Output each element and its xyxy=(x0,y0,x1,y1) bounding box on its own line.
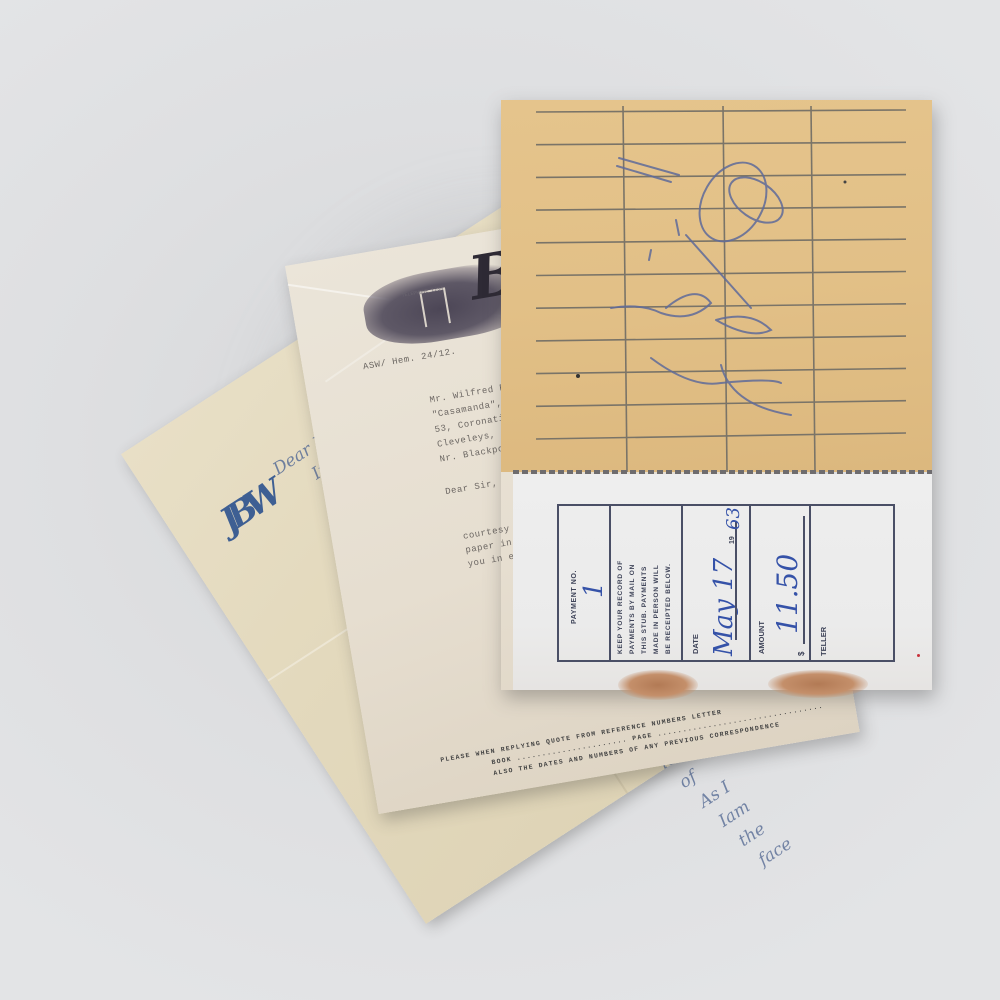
salutation: Dear Sir, xyxy=(445,478,499,497)
instruction-line: THIS STUB. PAYMENTS xyxy=(641,566,648,654)
receipt-form: PAYMENT NO. 1 KEEP YOUR RECORD OFPAYMENT… xyxy=(557,504,895,662)
monogram-icon: JBW xyxy=(213,476,284,542)
stain xyxy=(618,670,698,700)
ledger-signature xyxy=(501,100,932,472)
instruction-line: MADE IN PERSON WILL xyxy=(653,564,660,654)
teller-cell: TELLER xyxy=(811,506,893,660)
date-year-prefix: 19 xyxy=(729,536,736,544)
ink-dot xyxy=(917,654,920,657)
currency-symbol: $ xyxy=(797,652,806,656)
instructions-cell: KEEP YOUR RECORD OFPAYMENTS BY MAIL ONTH… xyxy=(611,506,683,660)
payment-no-label: PAYMENT NO. xyxy=(571,570,578,624)
amount-label: AMOUNT xyxy=(757,621,766,654)
reference-line: ASW/ Hem. 24/12. xyxy=(362,346,457,372)
payment-stub: PAYMENT NO. 1 KEEP YOUR RECORD OFPAYMENT… xyxy=(501,100,932,690)
ledger-card xyxy=(501,100,932,472)
amount-value: 11.50 xyxy=(771,554,804,634)
amount-cell: AMOUNT $ 11.50 xyxy=(751,506,811,660)
date-label: DATE xyxy=(691,634,700,654)
instruction-line: KEEP YOUR RECORD OF xyxy=(617,560,624,654)
stain xyxy=(768,670,868,698)
date-year-value: 63 xyxy=(723,507,744,530)
teller-label: TELLER xyxy=(819,627,828,656)
payment-no-value: 1 xyxy=(579,581,609,598)
payment-no-cell: PAYMENT NO. 1 xyxy=(559,506,611,660)
date-cell: DATE May 17 19 63 xyxy=(683,506,751,660)
instruction-line: BE RECEIPTED BELOW. xyxy=(665,563,672,654)
payment-receipt: PAYMENT NO. 1 KEEP YOUR RECORD OFPAYMENT… xyxy=(513,474,932,690)
instruction-line: PAYMENTS BY MAIL ON xyxy=(629,564,636,654)
